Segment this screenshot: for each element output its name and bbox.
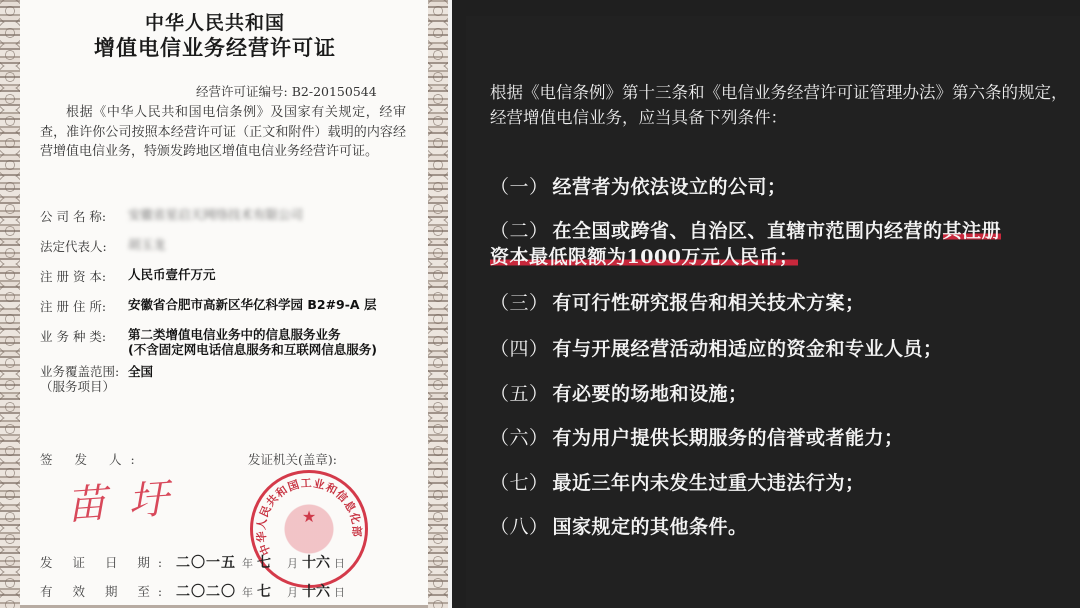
condition-text: 有可行性研究报告和相关技术方案； [553,292,865,314]
condition-item: （八）国家规定的其他条件。 [490,514,1070,540]
field-company-name: 公 司 名 称: 安徽省星启天网络技术有限公司 [40,207,303,225]
day-unit: 日 [334,555,345,571]
field-label: 公 司 名 称: [40,207,128,225]
field-value-note: (不含固定网电话信息服务和互联网信息服务) [128,342,377,357]
condition-text: 最近三年内未发生过重大违法行为； [553,472,865,494]
license-number: 经营许可证编号: B2-20150544 [196,82,377,100]
condition-marker: （二） [490,220,549,242]
field-value: 全国 [128,364,153,394]
field-label: 业 务 种 类: [40,327,128,357]
condition-item: （三）有可行性研究报告和相关技术方案； [490,290,1070,316]
condition-item: （一）经营者为依法设立的公司； [490,174,1070,200]
handwritten-signature: 苗圩 [64,466,192,532]
field-value: 安徽省合肥市高新区华亿科学园 B2#9-A 层 [128,297,376,315]
day-unit: 日 [334,584,345,600]
requirements-panel: 根据《电信条例》第十三条和《电信业务经营许可证管理办法》第六条的规定，经营增值电… [452,0,1080,608]
condition-marker: （八） [490,516,549,538]
certificate-intro: 根据《中华人民共和国电信条例》及国家有关规定，经审查，准许你公司按照本经营许可证… [40,103,406,162]
issuer-label: 发证机关(盖章): [248,450,337,468]
field-label: 注 册 住 所: [40,297,128,315]
license-certificate-image: 中华人民共和国 增值电信业务经营许可证 经营许可证编号: B2-20150544… [0,0,452,608]
month-unit: 月 [287,555,298,571]
expiry-date-year: 二〇二〇 [176,581,238,601]
condition-marker: （四） [490,338,549,360]
condition-item: （四）有与开展经营活动相适应的资金和专业人员； [490,336,1070,362]
condition-marker: （五） [490,383,549,405]
field-value: 第二类增值电信业务中的信息服务业务 [128,327,377,342]
condition-text: 经营者为依法设立的公司； [553,176,787,198]
field-label: 注 册 资 本: [40,267,128,285]
condition-text: 在全国或跨省、自治区、直辖市范围内经营的 [553,220,943,242]
year-unit: 年 [242,555,253,571]
field-value-redacted: 安徽省星启天网络技术有限公司 [128,207,303,225]
issue-date-month: 七 [257,552,271,572]
year-unit: 年 [242,584,253,600]
condition-text: 国家规定的其他条件。 [553,516,748,538]
field-registered-address: 注 册 住 所: 安徽省合肥市高新区华亿科学园 B2#9-A 层 [40,297,376,315]
condition-item: （六）有为用户提供长期服务的信誉或者能力； [490,425,1070,451]
requirements-intro: 根据《电信条例》第十三条和《电信业务经营许可证管理办法》第六条的规定，经营增值电… [490,80,1070,130]
condition-item: （五）有必要的场地和设施； [490,381,1070,407]
issue-date: 发 证 日 期: 二〇一五 年 七 月 十六 日 [40,552,349,572]
field-business-type: 业 务 种 类: 第二类增值电信业务中的信息服务业务 (不含固定网电话信息服务和… [40,327,377,357]
expiry-date-day: 十六 [302,581,330,601]
field-label: 法定代表人: [40,237,128,255]
month-unit: 月 [287,584,298,600]
condition-item: （二）在全国或跨省、自治区、直辖市范围内经营的其注册资本最低限额为1000万元人… [490,218,1020,270]
condition-marker: （七） [490,472,549,494]
condition-text: 有必要的场地和设施； [553,383,748,405]
license-number-label: 经营许可证编号: [196,84,288,99]
expiry-date-month: 七 [257,581,271,601]
field-label: 业务覆盖范围: [40,364,128,379]
decorative-border-left [0,0,20,608]
license-number-value: B2-20150544 [292,84,377,99]
condition-marker: （六） [490,427,549,449]
issue-date-label: 发 证 日 期: [40,553,176,571]
condition-text: 有与开展经营活动相适应的资金和专业人员； [553,338,943,360]
issue-date-year: 二〇一五 [176,552,238,572]
certificate-title-country: 中华人民共和国 [0,8,430,35]
field-legal-representative: 法定代表人: 胡玉龙 [40,237,166,255]
expiry-date-label: 有 效 期 至: [40,582,176,600]
condition-marker: （三） [490,292,549,314]
field-coverage-scope: 业务覆盖范围: （服务项目） 全国 [40,364,153,394]
field-value: 人民币壹仟万元 [128,267,216,285]
svg-text:中华人民共和国工业和信息化部: 中华人民共和国工业和信息化部 [254,476,364,558]
condition-item: （七）最近三年内未发生过重大违法行为； [490,470,1070,496]
field-value-redacted: 胡玉龙 [128,237,166,255]
signer-label: 签 发 人: [40,450,144,468]
condition-text: 有为用户提供长期服务的信誉或者能力； [553,427,904,449]
condition-marker: （一） [490,176,549,198]
field-registered-capital: 注 册 资 本: 人民币壹仟万元 [40,267,216,285]
expiry-date: 有 效 期 至: 二〇二〇 年 七 月 十六 日 [40,581,349,601]
field-label-sub: （服务项目） [40,379,128,394]
decorative-border-right [428,0,448,608]
issue-date-day: 十六 [302,552,330,572]
certificate-title: 增值电信业务经营许可证 [0,32,430,62]
